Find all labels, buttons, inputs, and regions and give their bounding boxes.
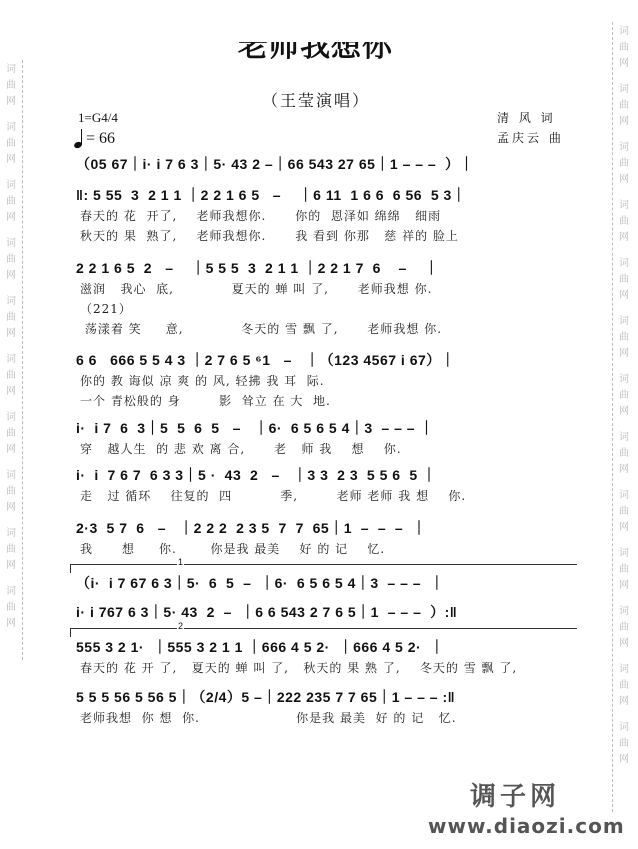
side-watermark: 词曲网 (6, 526, 16, 574)
quarter-note-icon (74, 128, 84, 148)
side-watermark: 词曲网 (619, 24, 629, 72)
notation-line: ‖: 5 55 3 2 1 1 ｜2 2 1 6 5 – ｜6 11 1 6 6… (76, 185, 466, 205)
side-watermark: 词曲网 (619, 82, 629, 130)
side-watermark: 词曲网 (619, 546, 629, 594)
side-watermark: 词曲网 (6, 62, 16, 110)
notation-line: （i· i 7 67 6 3｜5· 6 5 – ｜6· 6 5 6 5 4｜3 … (76, 573, 444, 593)
notation-line: 6 6 666 5 5 4 3 ｜2 7 6 5 ⁶1 – ｜（123 4567… (76, 350, 455, 370)
side-watermark: 词曲网 (619, 488, 629, 536)
side-watermark: 词曲网 (619, 198, 629, 246)
notation-line: i· i 767 6 3｜5· 43 2 – ｜6 6 543 2 7 6 5｜… (76, 602, 457, 622)
notation-line: i· i 7 6 7 6 3 3｜5 · 43 2 – ｜3 3 2 3 5 5… (76, 465, 437, 485)
lyric-line: 一个 青松般的 身 影 耸立 在 大 地. (80, 392, 331, 409)
right-watermark-strip: 词曲网词曲网词曲网词曲网词曲网词曲网词曲网词曲网词曲网词曲网词曲网词曲网词曲网 (612, 22, 635, 812)
side-watermark: 词曲网 (6, 236, 16, 284)
tempo-marking: = 66 (74, 128, 115, 148)
side-watermark: 词曲网 (619, 372, 629, 420)
side-watermark: 词曲网 (6, 120, 16, 168)
lyric-line: 走 过 循环 往复的 四 季, 老师 老师 我 想 你. (80, 487, 466, 504)
lyric-line: 你的 教 诲似 凉 爽 的 风, 轻拂 我 耳 际. (80, 372, 325, 389)
lyric-line: 我 想 你. 你是我 最美 好 的 记 忆. (80, 540, 385, 557)
side-watermark: 词曲网 (6, 584, 16, 632)
side-watermark: 词曲网 (619, 662, 629, 710)
notation-line: 2 2 1 6 5 2 – ｜5 5 5 3 2 1 1 ｜2 2 1 7 6 … (76, 258, 439, 278)
side-watermark: 词曲网 (6, 294, 16, 342)
performer-credit: （王莹演唱） (262, 88, 370, 111)
site-url: www.diaozi.com (428, 814, 625, 838)
notation-line: 555 3 2 1· ｜555 3 2 1 1 ｜666 4 5 2· ｜666… (76, 637, 444, 657)
song-title: 老师我想你 (238, 42, 408, 70)
lyricist: 清 风 词 (497, 108, 564, 128)
side-watermark: 词曲网 (619, 604, 629, 652)
side-watermark: 词曲网 (619, 720, 629, 768)
lyric-line: 老师我想 你 想 你. 你是我 最美 好 的 记 忆. (80, 709, 457, 726)
lyric-line: 穿 越人生 的 悲 欢 离 合, 老 师 我 想 你. (80, 440, 402, 457)
composer: 孟庆云 曲 (497, 128, 564, 148)
notation-line: 2·3 5 7 6 – ｜2 2 2 2 3 5 7 7 65｜1 – – – … (76, 518, 426, 538)
side-watermark: 词曲网 (6, 410, 16, 458)
lyric-line: （221） (80, 300, 132, 317)
side-watermark: 词曲网 (6, 468, 16, 516)
notation-line: i· i 7 6 3｜5 5 6 5 – ｜6· 6 5 6 5 4｜3 – –… (76, 418, 434, 438)
side-watermark: 词曲网 (6, 352, 16, 400)
lyric-line: 秋天的 果 熟了, 老师我想你. 我 看到 你那 慈 祥的 脸上 (80, 227, 459, 244)
site-logo: 调子网 (470, 776, 560, 813)
lyric-line: 春天的 花 开 了, 夏天的 蝉 叫 了, 秋天的 果 熟 了, 冬天的 雪 飘… (80, 659, 517, 676)
lyric-line: 滋润 我心 底, 夏天的 蝉 叫 了, 老师我想 你. (80, 280, 432, 297)
volta-bracket-2: 2 (70, 628, 577, 637)
credits: 清 风 词 孟庆云 曲 (497, 108, 564, 148)
side-watermark: 词曲网 (619, 256, 629, 304)
lyric-line: 春天的 花 开了, 老师我想你. 你的 恩泽如 绵绵 细雨 (80, 207, 441, 224)
key-signature: 1=G4/4 (78, 110, 118, 126)
left-watermark-strip: 词曲网词曲网词曲网词曲网词曲网词曲网词曲网词曲网词曲网词曲网 (0, 60, 23, 660)
side-watermark: 词曲网 (6, 178, 16, 226)
side-watermark: 词曲网 (619, 314, 629, 362)
notation-line: 5 5 5 56 5 56 5｜（2/4）5 –｜222 235 7 7 65｜… (76, 687, 455, 707)
lyric-line: 荡漾着 笑 意, 冬天的 雪 飘 了, 老师我想 你. (80, 320, 442, 337)
volta-bracket-1: 1 (70, 564, 577, 573)
side-watermark: 词曲网 (619, 140, 629, 188)
side-watermark: 词曲网 (619, 430, 629, 478)
notation-line: （05 67｜i· i 7 6 3｜5· 43 2 –｜66 543 27 65… (76, 154, 474, 174)
